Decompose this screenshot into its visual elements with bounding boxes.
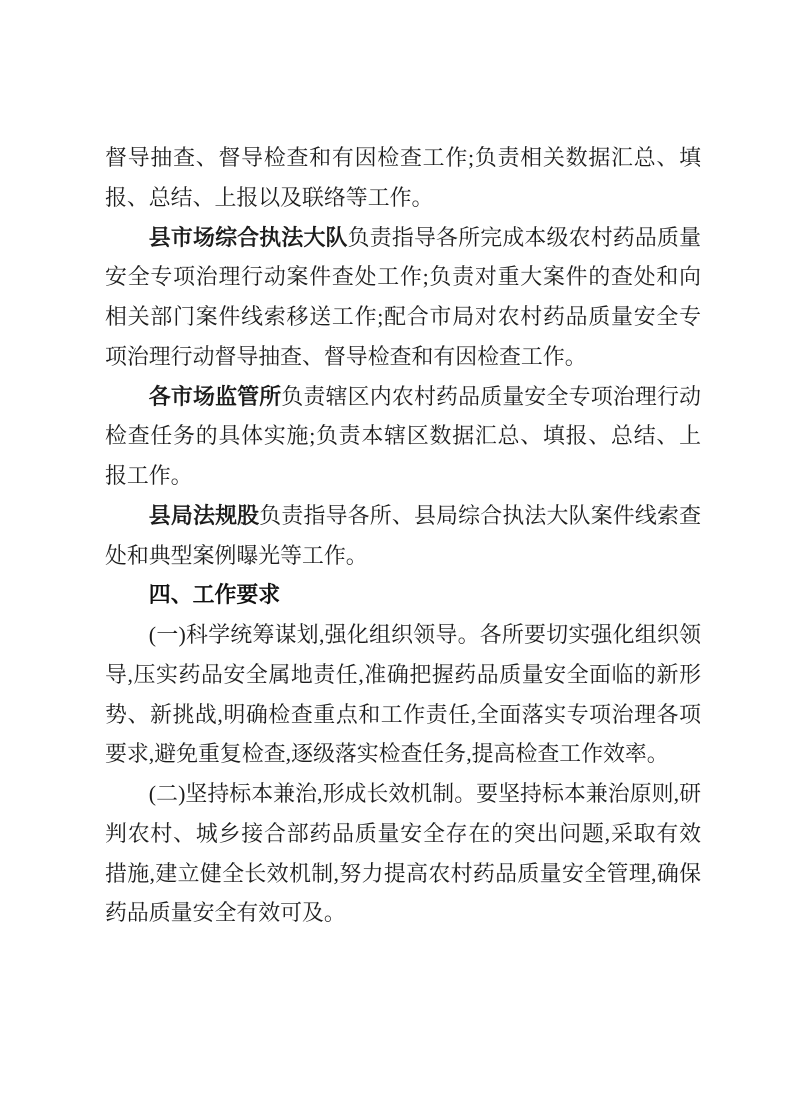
paragraph: 各市场监管所负责辖区内农村药品质量安全专项治理行动检查任务的具体实施;负责本辖区…: [105, 377, 701, 496]
paragraph: 督导抽查、督导检查和有因检查工作;负责相关数据汇总、填报、总结、上报以及联络等工…: [105, 138, 701, 218]
paragraph: (一)科学统筹谋划,强化组织领导。各所要切实强化组织领导,压实药品安全属地责任,…: [105, 615, 701, 774]
paragraph-lead: 县市场综合执法大队: [149, 225, 348, 250]
paragraph: (二)坚持标本兼治,形成长效机制。要坚持标本兼治原则,研判农村、城乡接合部药品质…: [105, 774, 701, 933]
document-page: 督导抽查、督导检查和有因检查工作;负责相关数据汇总、填报、总结、上报以及联络等工…: [0, 0, 790, 1118]
document-content: 督导抽查、督导检查和有因检查工作;负责相关数据汇总、填报、总结、上报以及联络等工…: [105, 138, 701, 933]
paragraph: 县局法规股负责指导各所、县局综合执法大队案件线索查处和典型案例曝光等工作。: [105, 496, 701, 576]
paragraph-text: (二)坚持标本兼治,形成长效机制。要坚持标本兼治原则,研判农村、城乡接合部药品质…: [105, 781, 701, 925]
section-heading: 四、工作要求: [105, 575, 701, 615]
section-heading-text: 四、工作要求: [149, 582, 280, 607]
paragraph: 县市场综合执法大队负责指导各所完成本级农村药品质量安全专项治理行动案件查处工作;…: [105, 218, 701, 377]
paragraph-lead: 县局法规股: [149, 503, 259, 528]
paragraph-lead: 各市场监管所: [149, 384, 282, 409]
paragraph-text: 督导抽查、督导检查和有因检查工作;负责相关数据汇总、填报、总结、上报以及联络等工…: [105, 145, 701, 210]
paragraph-text: (一)科学统筹谋划,强化组织领导。各所要切实强化组织领导,压实药品安全属地责任,…: [105, 622, 701, 766]
